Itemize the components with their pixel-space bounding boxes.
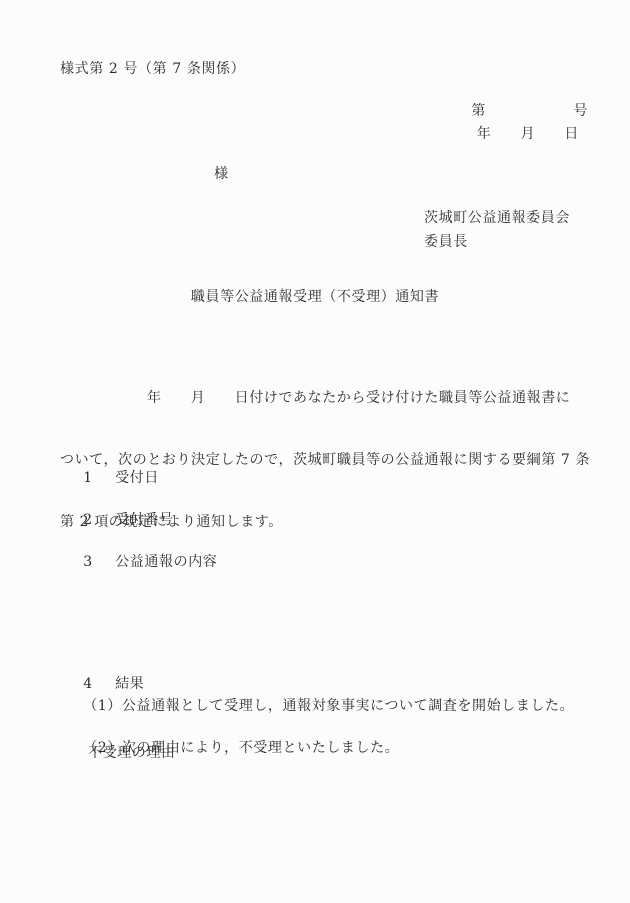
item-label: 公益通報の内容 <box>115 554 217 570</box>
date-line: 年 月 日 <box>477 124 579 144</box>
result-text: 公益通報として受理し，通報対象事実について調査を開始しました。 <box>122 698 574 714</box>
item-number: 1 <box>83 470 115 486</box>
item-number: 3 <box>83 554 115 570</box>
document-page: 様式第 2 号（第 7 条関係） 第 号 年 月 日 様 茨城町公益通報委員会 … <box>0 0 630 903</box>
result-marker: （1） <box>83 698 122 714</box>
sender-role: 委員長 <box>424 232 468 252</box>
body-line-1: 年 月 日付けであなたから受け付けた職員等公益通報書に <box>60 387 575 409</box>
addressee-honorific: 様 <box>214 164 229 184</box>
doc-number-line: 第 号 <box>471 101 588 121</box>
item-report-content: 3公益通報の内容 <box>63 535 217 587</box>
form-number: 様式第 2 号（第 7 条関係） <box>60 59 245 79</box>
item-number: 2 <box>83 512 115 528</box>
item-label: 受付番号 <box>115 512 173 528</box>
document-title: 職員等公益通報受理（不受理）通知書 <box>0 287 630 307</box>
sender-organization: 茨城町公益通報委員会 <box>424 208 570 228</box>
item-label: 受付日 <box>115 470 159 486</box>
rejection-reason-label: 不受理の理由 <box>88 743 176 763</box>
